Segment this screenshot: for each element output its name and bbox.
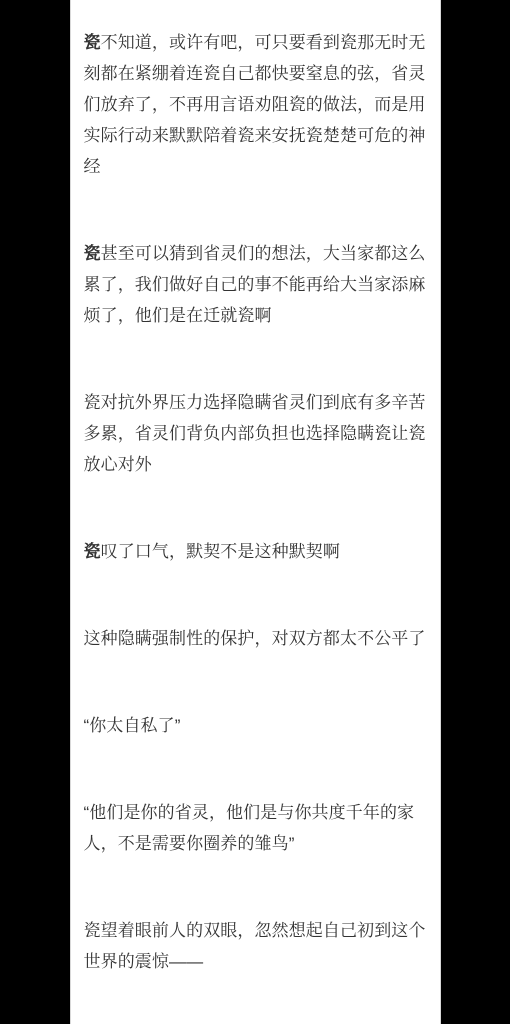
paragraph: “你太自私了” [84, 710, 427, 741]
paragraph-bold-lead: 瓷 [84, 244, 101, 263]
chapter-text: 瓷不知道，或许有吧，可只要看到瓷那无时无刻都在紧绷着连瓷自己都快要窒息的弦，省灵… [84, 27, 427, 977]
paragraph: 这种隐瞒强制性的保护，对双方都太不公平了 [84, 623, 427, 654]
reader-content-column: 瓷不知道，或许有吧，可只要看到瓷那无时无刻都在紧绷着连瓷自己都快要窒息的弦，省灵… [70, 0, 441, 1024]
paragraph: 瓷望着眼前人的双眼，忽然想起自己初到这个世界的震惊—— [84, 915, 427, 977]
paragraph: 瓷甚至可以猜到省灵们的想法，大当家都这么累了，我们做好自己的事不能再给大当家添麻… [84, 238, 427, 331]
paragraph: 瓷对抗外界压力选择隐瞒省灵们到底有多辛苦多累，省灵们背负内部负担也选择隐瞒瓷让瓷… [84, 387, 427, 480]
paragraph: “他们是你的省灵，他们是与你共度千年的家人，不是需要你圈养的雏鸟” [84, 797, 427, 859]
paragraph: 瓷叹了口气，默契不是这种默契啊 [84, 536, 427, 567]
paragraph-bold-lead: 瓷 [84, 33, 101, 52]
page-background: { "colors": { "page_background": "#00000… [0, 0, 510, 1024]
paragraph: 瓷不知道，或许有吧，可只要看到瓷那无时无刻都在紧绷着连瓷自己都快要窒息的弦，省灵… [84, 27, 427, 182]
paragraph-bold-lead: 瓷 [84, 542, 101, 561]
